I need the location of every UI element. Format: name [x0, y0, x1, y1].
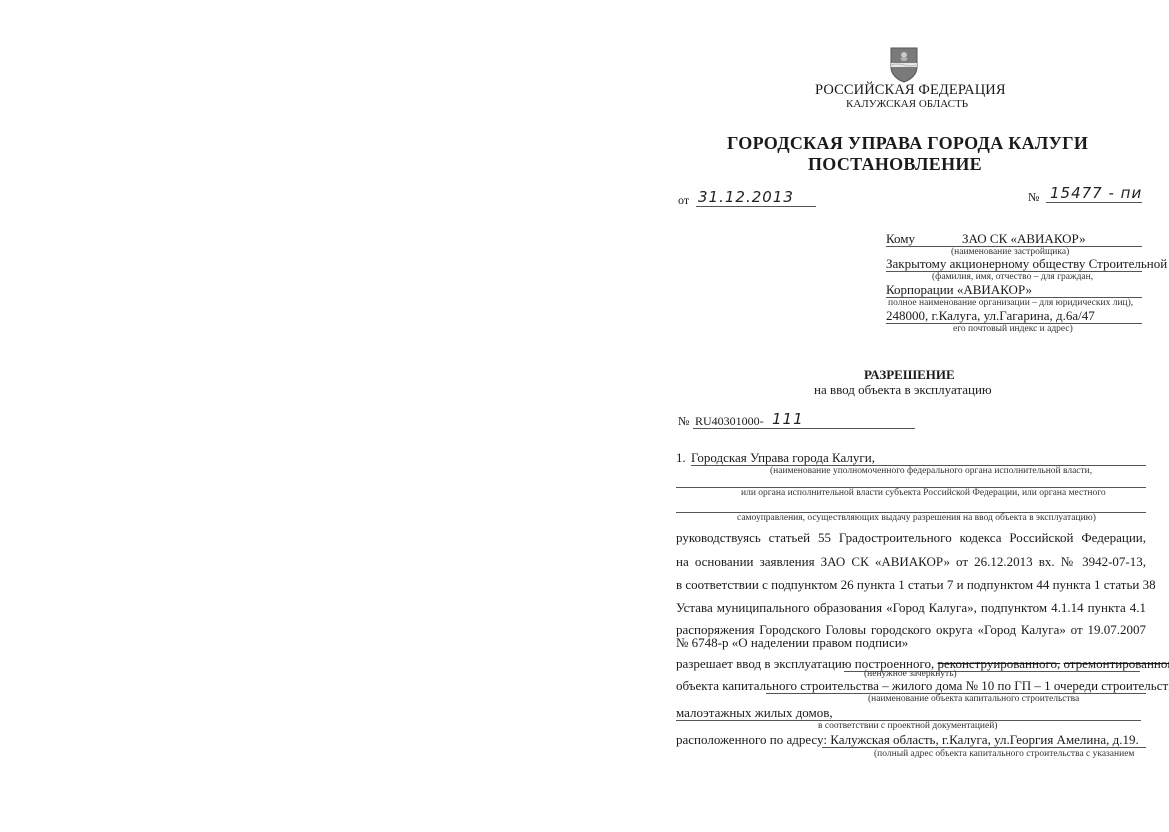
permit-number-label: № [678, 414, 689, 429]
authority-caption1: (наименование уполномоченного федерально… [770, 466, 1092, 476]
body-line-3: в соответствии с подпунктом 26 пункта 1 … [676, 577, 1146, 593]
to-label: Кому [886, 231, 915, 247]
location-underline [822, 747, 1146, 748]
authority-caption3: самоуправления, осуществляющих выдачу ра… [737, 513, 1096, 523]
object-name-1: – жилого дома № 10 по ГП – 1 очереди стр… [882, 678, 1169, 693]
permits-label: разрешает ввод в эксплуатацию [676, 656, 852, 671]
full-name-line2: Корпорации «АВИАКОР» [886, 282, 1032, 298]
location-line: расположенного по адресу: Калужская обла… [676, 732, 1139, 748]
full-name-caption1: (фамилия, имя, отчество – для граждан, [932, 272, 1093, 282]
authority-caption2: или органа исполнительной власти субъект… [741, 488, 1106, 498]
body-line-2: на основании заявления ЗАО СК «АВИАКОР» … [676, 554, 1146, 570]
permit-number-underline [693, 428, 915, 429]
body-line-1: руководствуясь статьей 55 Градостроитель… [676, 530, 1146, 546]
full-name-line1: Закрытому акционерному обществу Строител… [886, 256, 1167, 272]
number-label: № [1028, 190, 1039, 205]
location-value: Калужская область, г.Калуга, ул.Георгия … [830, 732, 1139, 747]
location-label: расположенного по адресу: [676, 732, 827, 747]
full-name-caption2: полное наименование организации – для юр… [888, 298, 1133, 308]
address-line: 248000, г.Калуга, ул.Гагарина, д.6а/47 [886, 308, 1095, 324]
doc-type-title: ПОСТАНОВЛЕНИЕ [808, 154, 982, 175]
number-underline [1046, 202, 1142, 203]
object-caption1: (наименование объекта капитального строи… [868, 694, 1079, 704]
permit-title: РАЗРЕШЕНИЕ [864, 367, 955, 383]
permit-number-value: 111 [772, 410, 804, 428]
body-line-6: № 6748-р «О наделении правом подписи» [676, 635, 908, 651]
body-line-4: Устава муниципального образования «Город… [676, 600, 1146, 616]
date-value: 31.12.2013 [698, 188, 794, 206]
object-line-1: объекта капитального строительства – жил… [676, 678, 1169, 694]
date-underline [696, 206, 816, 207]
date-label: от [678, 193, 689, 208]
object-label: объекта капитального строительства [676, 678, 879, 693]
location-caption: (полный адрес объекта капитального строи… [874, 749, 1134, 759]
address-caption: его почтовый индекс и адрес) [953, 324, 1073, 334]
permit-subtitle: на ввод объекта в эксплуатацию [814, 382, 992, 398]
issuing-authority: Городская Управа города Калуги, [691, 450, 875, 466]
section-index: 1. [676, 450, 686, 466]
object-name-2: малоэтажных жилых домов, [676, 705, 833, 721]
authority-title: ГОРОДСКАЯ УПРАВА ГОРОДА КАЛУГИ [727, 133, 1088, 154]
region-heading: КАЛУЖСКАЯ ОБЛАСТЬ [846, 98, 968, 110]
developer-name: ЗАО СК «АВИАКОР» [962, 231, 1086, 247]
object-caption2: в соответствии с проектной документацией… [818, 721, 997, 731]
document-page: РОССИЙСКАЯ ФЕДЕРАЦИЯ КАЛУЖСКАЯ ОБЛАСТЬ Г… [0, 0, 1169, 832]
number-value: 15477 - пи [1050, 184, 1142, 202]
permit-number-prefix: RU40301000- [695, 414, 764, 429]
kaluga-coat-of-arms-icon [885, 45, 923, 83]
option-repaired: отремонтированного [1063, 656, 1169, 671]
country-heading: РОССИЙСКАЯ ФЕДЕРАЦИЯ [815, 82, 1006, 99]
